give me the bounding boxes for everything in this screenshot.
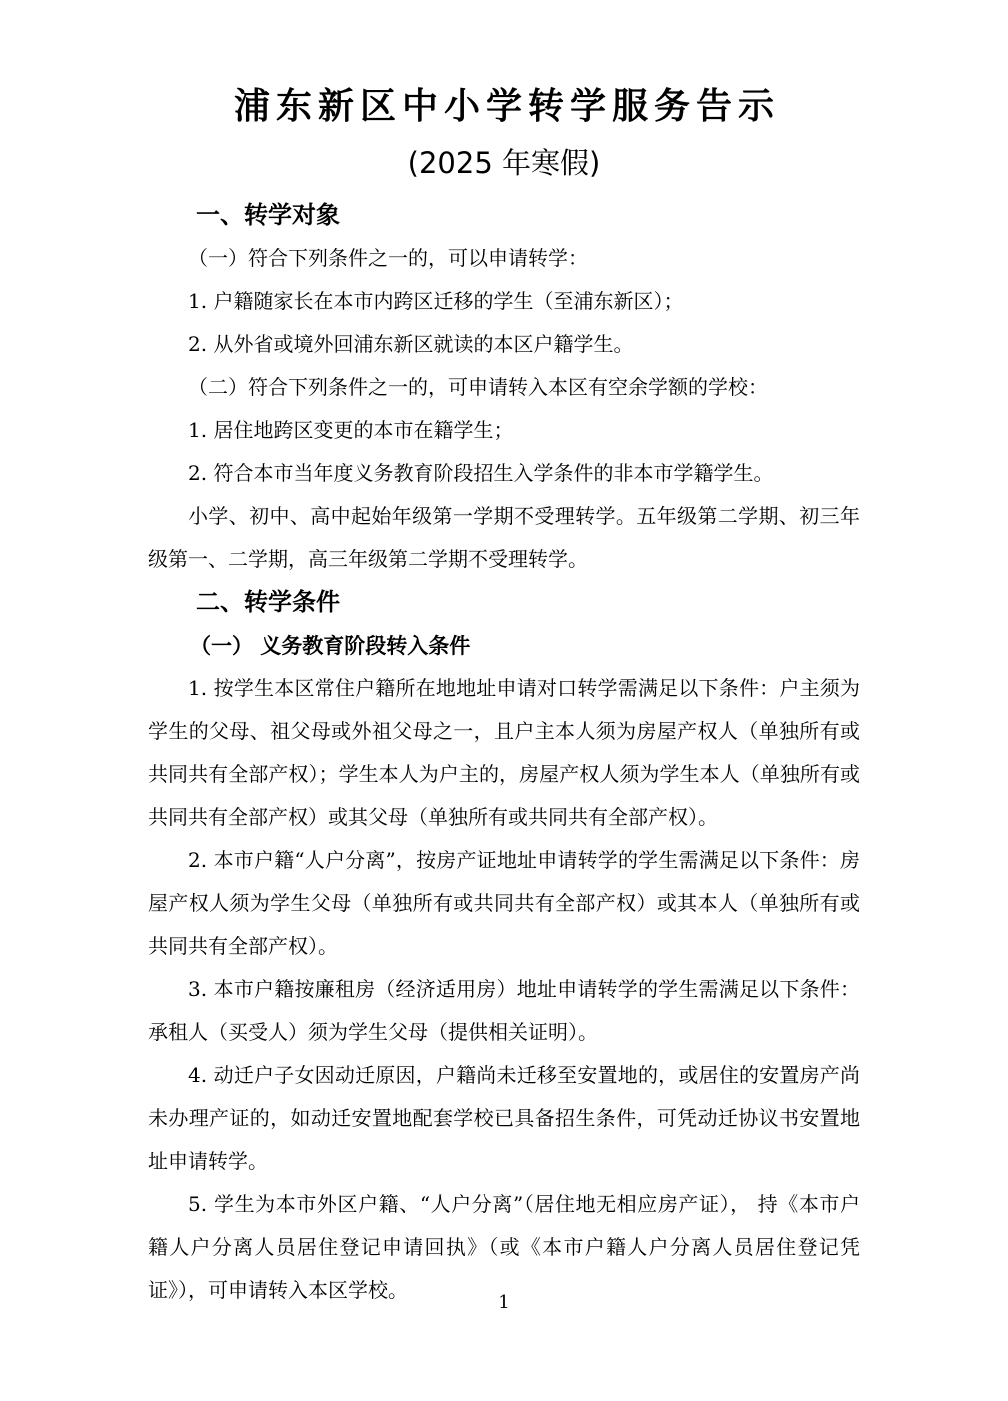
document-title: 浦东新区中小学转学服务告示 xyxy=(0,84,1008,130)
paragraph: 1. 居住地跨区变更的本市在籍学生； xyxy=(148,409,860,452)
paragraph: 1. 按学生本区常住户籍所在地地址申请对口转学需满足以下条件：户主须为学生的父母… xyxy=(148,667,860,839)
page-number: 1 xyxy=(0,1292,1008,1313)
paragraph: 小学、初中、高中起始年级第一学期不受理转学。五年级第二学期、初三年级第一、二学期… xyxy=(148,495,860,581)
sub-heading: （一） 义务教育阶段转入条件 xyxy=(148,624,860,667)
paragraph: （一）符合下列条件之一的，可以申请转学： xyxy=(148,237,860,280)
paragraph: 2. 符合本市当年度义务教育阶段招生入学条件的非本市学籍学生。 xyxy=(148,452,860,495)
paragraph: 2. 从外省或境外回浦东新区就读的本区户籍学生。 xyxy=(148,323,860,366)
document-subtitle: (2025 年寒假) xyxy=(0,144,1008,182)
paragraph: 1. 户籍随家长在本市内跨区迁移的学生（至浦东新区）； xyxy=(148,280,860,323)
paragraph: （二）符合下列条件之一的，可申请转入本区有空余学额的学校： xyxy=(148,366,860,409)
paragraph: 3. 本市户籍按廉租房（经济适用房）地址申请转学的学生需满足以下条件：承租人（买… xyxy=(148,968,860,1054)
section-heading: 二、转学条件 xyxy=(148,581,860,624)
section-heading: 一、转学对象 xyxy=(148,194,860,237)
paragraph: 2. 本市户籍“人户分离”，按房产证地址申请转学的学生需满足以下条件：房屋产权人… xyxy=(148,839,860,968)
paragraph: 4. 动迁户子女因动迁原因，户籍尚未迁移至安置地的，或居住的安置房产尚未办理产证… xyxy=(148,1054,860,1183)
document-page: 浦东新区中小学转学服务告示 (2025 年寒假) 一、转学对象（一）符合下列条件… xyxy=(0,0,1008,1401)
document-body: 一、转学对象（一）符合下列条件之一的，可以申请转学：1. 户籍随家长在本市内跨区… xyxy=(148,194,860,1312)
